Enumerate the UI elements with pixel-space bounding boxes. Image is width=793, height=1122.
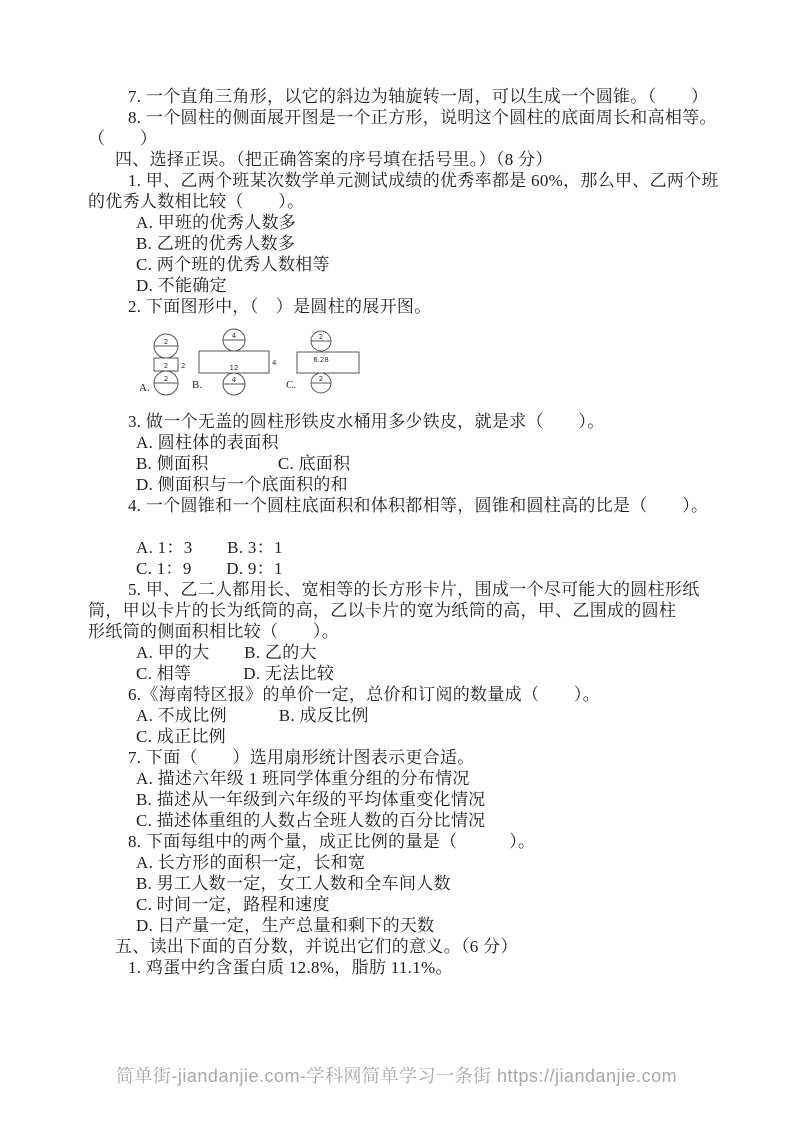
- choice-q3-option-d: D. 侧面积与一个底面积的和: [88, 474, 748, 495]
- choice-q3-text: 3. 做一个无盖的圆柱形铁皮水桶用多少铁皮，就是求（ ）。: [88, 411, 748, 432]
- watermark-footer: 简单街-jiandanjie.com-学科网简单学习一条街 https://ji…: [0, 1062, 793, 1088]
- net-b-label: B.: [192, 379, 202, 391]
- choice-q1-option-c: C. 两个班的优秀人数相等: [88, 254, 748, 275]
- net-b-rect-width-value: 12: [230, 364, 239, 372]
- section-5-heading: 五、读出下面的百分数，并说出它们的意义。（6 分）: [88, 936, 748, 957]
- choice-q4-options-c-d: C. 1：9 D. 9：1: [88, 558, 748, 579]
- judge-question-8: 8. 一个圆柱的侧面展开图是一个正方形，说明这个圆柱的底面周长和高相等。: [88, 107, 748, 128]
- read-q1-text: 1. 鸡蛋中约含蛋白质 12.8%，脂肪 11.1%。: [88, 957, 748, 978]
- section-4-heading: 四、选择正误。（把正确答案的序号填在括号里。）（8 分）: [88, 149, 748, 170]
- net-a-bottom-diameter-value: 2: [164, 375, 168, 383]
- choice-q1-option-b: B. 乙班的优秀人数多: [88, 233, 748, 254]
- choice-q5-line-2: 筒，甲以卡片的长为纸筒的高，乙以卡片的宽为纸筒的高，甲、乙围成的圆柱: [88, 600, 748, 621]
- choice-q8-option-a: A. 长方形的面积一定，长和宽: [88, 852, 748, 873]
- choice-q5-line-3: 形纸筒的侧面积相比较（ ）。: [88, 621, 748, 642]
- net-b-rect-height-value: 4: [272, 359, 277, 367]
- choice-q8-text: 8. 下面每组中的两个量，成正比例的量是（ ）。: [88, 831, 748, 852]
- choice-q4-text: 4. 一个圆锥和一个圆柱底面积和体积都相等，圆锥和圆柱高的比是（ ）。: [88, 495, 748, 516]
- choice-q5-options-c-d: C. 相等 D. 无法比较: [88, 663, 748, 684]
- net-c-rect-width-value: 6.28: [313, 356, 329, 364]
- choice-q1-line-1: 1. 甲、乙两个班某次数学单元测试成绩的优秀率都是 60%，那么甲、乙两个班: [88, 170, 748, 191]
- choice-q6-text: 6.《海南特区报》的单价一定，总价和订阅的数量成（ ）。: [88, 684, 748, 705]
- judge-question-8-answer-blank: （ ）: [88, 128, 748, 149]
- choice-q6-option-c: C. 成正比例: [88, 726, 748, 747]
- cylinder-net-option-a: A. 2 2 2 2: [139, 334, 185, 395]
- judge-question-7: 7. 一个直角三角形，以它的斜边为轴旋转一周，可以生成一个圆锥。（ ）: [88, 86, 748, 107]
- choice-q8-option-b: B. 男工人数一定，女工人数和全车间人数: [88, 873, 748, 894]
- choice-q1-line-2: 的优秀人数相比较（ ）。: [88, 191, 748, 212]
- cylinder-net-figure: A. 2 2 2 2 B. 4 12 4: [124, 325, 384, 403]
- cylinder-net-option-c: C. 2 6.28 2: [286, 331, 359, 393]
- choice-q5-line-1: 5. 甲、乙二人都用长、宽相等的长方形卡片，围成一个尽可能大的圆柱形纸: [88, 579, 748, 600]
- choice-q1-option-d: D. 不能确定: [88, 275, 748, 296]
- q2-cylinder-net-diagram: A. 2 2 2 2 B. 4 12 4: [124, 325, 748, 403]
- choice-q7-option-c: C. 描述体重组的人数占全班人数的百分比情况: [88, 810, 748, 831]
- choice-q8-option-d: D. 日产量一定，生产总量和剩下的天数: [88, 915, 748, 936]
- choice-q3-options-b-c: B. 侧面积 C. 底面积: [88, 453, 748, 474]
- net-c-label: C.: [286, 379, 296, 391]
- choice-q7-text: 7. 下面（ ）选用扇形统计图表示更合适。: [88, 747, 748, 768]
- net-b-bottom-diameter-value: 4: [232, 376, 237, 384]
- net-a-rect-height-value: 2: [181, 362, 185, 370]
- choice-q2-text: 2. 下面图形中，（ ）是圆柱的展开图。: [88, 296, 748, 317]
- net-b-top-diameter-value: 4: [232, 332, 237, 340]
- choice-q5-options-a-b: A. 甲的大 B. 乙的大: [88, 642, 748, 663]
- choice-q1-option-a: A. 甲班的优秀人数多: [88, 212, 748, 233]
- choice-q7-option-b: B. 描述从一年级到六年级的平均体重变化情况: [88, 789, 748, 810]
- net-a-label: A.: [139, 382, 150, 394]
- exam-page-content: 7. 一个直角三角形，以它的斜边为轴旋转一周，可以生成一个圆锥。（ ） 8. 一…: [88, 86, 748, 978]
- choice-q8-option-c: C. 时间一定，路程和速度: [88, 894, 748, 915]
- net-c-top-diameter-value: 2: [319, 333, 323, 341]
- choice-q6-options-a-b: A. 不成比例 B. 成反比例: [88, 705, 748, 726]
- choice-q7-option-a: A. 描述六年级 1 班同学体重分组的分布情况: [88, 768, 748, 789]
- choice-q3-option-a: A. 圆柱体的表面积: [88, 432, 748, 453]
- net-c-bottom-diameter-value: 2: [319, 375, 323, 383]
- choice-q4-options-a-b: A. 1：3 B. 3：1: [88, 537, 748, 558]
- net-a-rect-width-value: 2: [164, 362, 168, 370]
- cylinder-net-option-b: B. 4 12 4 4: [192, 329, 277, 395]
- net-a-top-diameter-value: 2: [164, 338, 168, 346]
